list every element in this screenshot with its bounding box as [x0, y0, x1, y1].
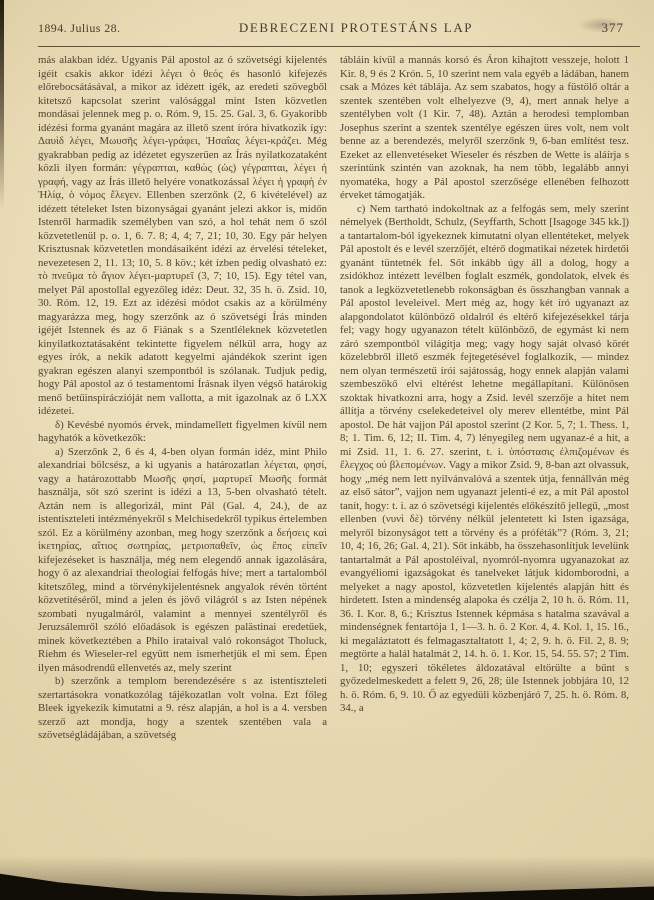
paragraph: más alakban idéz. Ugyanis Pál apostol az… [38, 54, 327, 419]
scan-edge-left [0, 0, 4, 210]
left-column: más alakban idéz. Ugyanis Pál apostol az… [38, 54, 327, 854]
paragraph: δ) Kevésbé nyomós érvek, mindamellett fi… [38, 419, 327, 446]
newspaper-title: DEBRECZENI PROTESTÁNS LAP [208, 20, 504, 36]
newspaper-page: 1894. Julius 28. DEBRECZENI PROTESTÁNS L… [0, 0, 654, 900]
article-body: más alakban idéz. Ugyanis Pál apostol az… [38, 54, 630, 854]
paragraph: c) Nem tartható indokoltnak az a felfogá… [340, 203, 629, 716]
paragraph: a) Szerzőnk 2, 6 és 4, 4-ben olyan formá… [38, 446, 327, 676]
issue-date: 1894. Julius 28. [38, 21, 208, 36]
scan-smudge [578, 17, 624, 33]
paragraph: b) szerzőnk a templom berendezésére s az… [38, 675, 327, 743]
page-header: 1894. Julius 28. DEBRECZENI PROTESTÁNS L… [38, 20, 638, 46]
paragraph: tábláin kívül a mannás korsó és Áron kih… [340, 54, 629, 203]
right-column: tábláin kívül a mannás korsó és Áron kih… [340, 54, 629, 854]
header-rule [38, 46, 640, 47]
